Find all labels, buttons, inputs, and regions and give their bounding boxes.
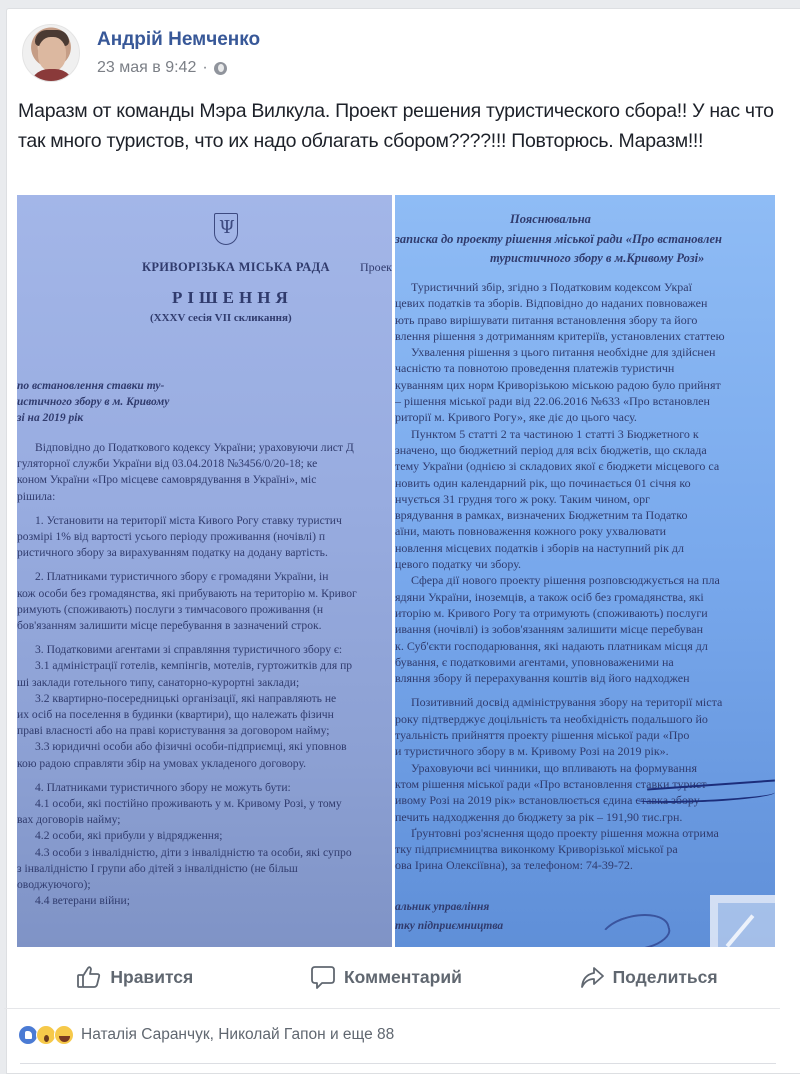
doc-project-label: Проект (360, 259, 392, 275)
doc-text-line: римують (споживають) послуги з тимчасово… (17, 602, 357, 618)
doc-text-line: куванням цих норм Криворізькою міською р… (395, 377, 725, 393)
doc-text-line: 1. Установити на території міста Кивого … (17, 513, 357, 529)
doc-text-line: 3. Податковими агентами зі справляння ту… (17, 642, 357, 658)
meta-separator: · (202, 59, 207, 77)
doc-text-line: их осіб на поселення в будинки (квартири… (17, 707, 357, 723)
doc-subject-line: по встановлення ставки ту- (17, 378, 169, 394)
doc-text-line: тку підприємництва виконкому Криворізько… (395, 841, 725, 857)
share-label: Поделиться (613, 967, 718, 988)
post-header: Андрій Немченко 23 мая в 9:42 · (18, 18, 518, 88)
doc-text-line: аїни, мають повноваження кожного року ух… (395, 523, 725, 539)
doc-text-line: к. Суб'єкти господарювання, які надають … (395, 638, 725, 654)
comments-divider (20, 1063, 776, 1064)
photo-explanatory-note[interactable]: Пояснювальна записка до проекту рішення … (395, 195, 775, 947)
doc-text-line: ядяни України, іноземців, а також осіб б… (395, 589, 725, 605)
doc-text-line: новлення місцевих податків і зборів на н… (395, 540, 725, 556)
doc-text-line: – рішення міської ради від 22.06.2016 №6… (395, 393, 725, 409)
doc-text-line: 3.3 юридичні особи або фізичні особи-під… (17, 739, 357, 755)
doc-text-line: и туристичного збору в м. Кривому Розі н… (395, 743, 725, 759)
doc-text-line: розмірі 1% від вартості усього періоду п… (17, 529, 357, 545)
share-arrow-icon (579, 964, 605, 990)
doc-subject: по встановлення ставки ту- истичного збо… (17, 378, 169, 427)
doc-text-line: вляння збору й перерахування коштів від … (395, 670, 725, 686)
doc-text-line: коном України «Про місцеве самоврядуванн… (17, 472, 357, 488)
post-timestamp[interactable]: 23 мая в 9:42 (97, 59, 196, 77)
paragraph-gap (17, 634, 357, 642)
doc-subject-line: истичного зборy в м. Кривому (17, 394, 169, 410)
doc-text-line: року підтверджує доцільність та необхідн… (395, 711, 725, 727)
comment-bubble-icon (310, 964, 336, 990)
doc-text-line: ивання (ночівлі) із зобов'язанням залиши… (395, 621, 725, 637)
doc-body-right: Туристичний збір, згідно з Податковим ко… (395, 279, 725, 874)
doc-text-line: врядування в рамках, визначених Бюджетни… (395, 507, 725, 523)
avatar-shirt (29, 69, 75, 82)
doc-text-line: ова Ірина Олексіївна), за телефоном: 74-… (395, 857, 725, 873)
post-meta: 23 мая в 9:42 · (97, 59, 227, 77)
doc-text-line: новить один календарний рік, що починаєт… (395, 475, 725, 491)
doc-signature-block: альник управління тку підприємництва (395, 898, 503, 936)
doc-text-line: цевих податків та зборів. Відповідно до … (395, 295, 725, 311)
doc-subject-line: зі на 2019 рік (17, 410, 169, 426)
watermark-logo-icon (710, 895, 775, 947)
doc-text-line: 4.2 особи, які прибули у відрядження; (17, 828, 357, 844)
paragraph-gap (17, 561, 357, 569)
post-text: Маразм от команды Мэра Вилкула. Проект р… (18, 96, 778, 156)
doc-text-line: печить надходження до бюджету за рік – 1… (395, 809, 725, 825)
doc-text-line: бов'язанням залишити місце перебування в… (17, 618, 357, 634)
doc-text-line: кож особи без громадянства, які прибуваю… (17, 586, 357, 602)
doc-text-line: 3.1 адміністрації готелів, кемпінгів, мо… (17, 658, 357, 674)
note-title: Пояснювальна (510, 211, 591, 227)
doc-text-line: бування, є податковими агентами, уповнов… (395, 654, 725, 670)
doc-text-line: иторію м. Кривого Рогу та отримують (спо… (395, 605, 725, 621)
doc-text-line: Ухвалення рішення з цього питання необхі… (395, 344, 725, 360)
doc-session: (XXXV сесія VII скликання) (150, 310, 292, 326)
like-reaction-icon[interactable] (18, 1025, 38, 1045)
photo-decision-document[interactable]: КРИВОРІЗЬКА МІСЬКА РАДА Проект РІШЕННЯ (… (17, 195, 392, 947)
avatar-face (38, 37, 66, 71)
doc-decision-title: РІШЕННЯ (172, 290, 293, 306)
doc-text-line: з інвалідністю I групи або дітей з інвал… (17, 861, 357, 877)
author-avatar[interactable] (22, 24, 80, 82)
like-label: Нравится (110, 967, 193, 988)
doc-text-line: цевого податку чи збору. (395, 556, 725, 572)
doc-text-line: тему України (однією зі складових якої є… (395, 458, 725, 474)
doc-text-line: Відповідно до Податкового кодексу Україн… (17, 440, 357, 456)
doc-text-line: Позитивний досвід адміністрування збору … (395, 694, 725, 710)
reactors-summary[interactable]: Наталія Саранчук, Николай Гапон и еще 88 (81, 1026, 394, 1044)
doc-text-line: Пунктом 5 статті 2 та частиною 1 статті … (395, 426, 725, 442)
doc-council-name: КРИВОРІЗЬКА МІСЬКА РАДА (142, 259, 330, 275)
doc-text-line: Туристичний збір, згідно з Податковим ко… (395, 279, 725, 295)
comment-button[interactable]: Комментарий (310, 964, 462, 990)
doc-text-line: часністю та повнотою проведення платежів… (395, 360, 725, 376)
author-name-link[interactable]: Андрій Немченко (97, 29, 260, 51)
note-subtitle-1: записка до проекту рішення міської ради … (395, 231, 722, 247)
doc-text-line: риторії м. Кривого Рогу», яке діє до цьо… (395, 409, 725, 425)
comment-label: Комментарий (344, 967, 462, 988)
doc-text-line: Ґрунтовні роз'яснення щодо проекту рішен… (395, 825, 725, 841)
paragraph-gap (17, 772, 357, 780)
wow-reaction-icon[interactable] (36, 1025, 56, 1045)
doc-text-line: оводжуючого); (17, 877, 357, 893)
actions-divider (4, 1008, 780, 1009)
coat-of-arms-icon (214, 213, 238, 245)
paragraph-gap (17, 505, 357, 513)
doc-text-line: 4.1 особи, які постійно проживають у м. … (17, 796, 357, 812)
doc-body-left: Відповідно до Податкового кодексу Україн… (17, 440, 357, 909)
globe-icon[interactable] (214, 62, 227, 75)
share-button[interactable]: Поделиться (579, 964, 718, 990)
photo-grid: КРИВОРІЗЬКА МІСЬКА РАДА Проект РІШЕННЯ (… (17, 195, 775, 947)
signature-line: альник управління (395, 898, 503, 917)
doc-text-line: нчується 31 грудня того ж року. Таким чи… (395, 491, 725, 507)
thumbs-up-icon (76, 964, 102, 990)
doc-text-line: 4. Платниками туристичного збору не можу… (17, 780, 357, 796)
doc-text-line: рішила: (17, 489, 357, 505)
reactions-bar[interactable]: Наталія Саранчук, Николай Гапон и еще 88 (18, 1025, 394, 1045)
note-subtitle-2: туристичного збору в м.Кривому Розі» (490, 250, 704, 266)
signature-scribble (597, 907, 674, 947)
doc-text-line: вах договорів найму; (17, 812, 357, 828)
doc-text-line: 4.4 ветерани війни; (17, 893, 357, 909)
paragraph-gap (395, 686, 725, 694)
doc-text-line: ристичного збору за вирахуванням податку… (17, 545, 357, 561)
reaction-icons[interactable] (18, 1025, 72, 1045)
doc-text-line: кою радою справляти збір на умовах уклад… (17, 756, 357, 772)
doc-text-line: 3.2 квартирно-посередницькі організації,… (17, 691, 357, 707)
doc-text-line: ють право вирішувати питання встановленн… (395, 312, 725, 328)
doc-text-line: 2. Платниками туристичного збору є грома… (17, 569, 357, 585)
doc-text-line: туальність прийняття проекту рішення міс… (395, 727, 725, 743)
doc-text-line: ктом рішення міської ради «Про встановле… (395, 776, 725, 792)
like-button[interactable]: Нравится (76, 964, 193, 990)
doc-text-line: гуляторної служби України від 03.04.2018… (17, 456, 357, 472)
post-actions: Нравится Комментарий Поделиться (18, 953, 776, 1001)
doc-text-line: 4.3 особи з інвалідністю, діти з інвалід… (17, 845, 357, 861)
doc-text-line: влення рішення з дотриманням критеріїв, … (395, 328, 725, 344)
signature-line: тку підприємництва (395, 917, 503, 936)
doc-text-line: значено, що бюджетний період для всіх бю… (395, 442, 725, 458)
doc-text-line: Ураховуючи всі чинники, що впливають на … (395, 760, 725, 776)
doc-text-line: праві власності або на праві користуванн… (17, 723, 357, 739)
doc-text-line: ші заклади готельного типу, санаторно-ку… (17, 675, 357, 691)
doc-text-line: Сфера дії нового проекту рішення розповс… (395, 572, 725, 588)
haha-reaction-icon[interactable] (54, 1025, 74, 1045)
